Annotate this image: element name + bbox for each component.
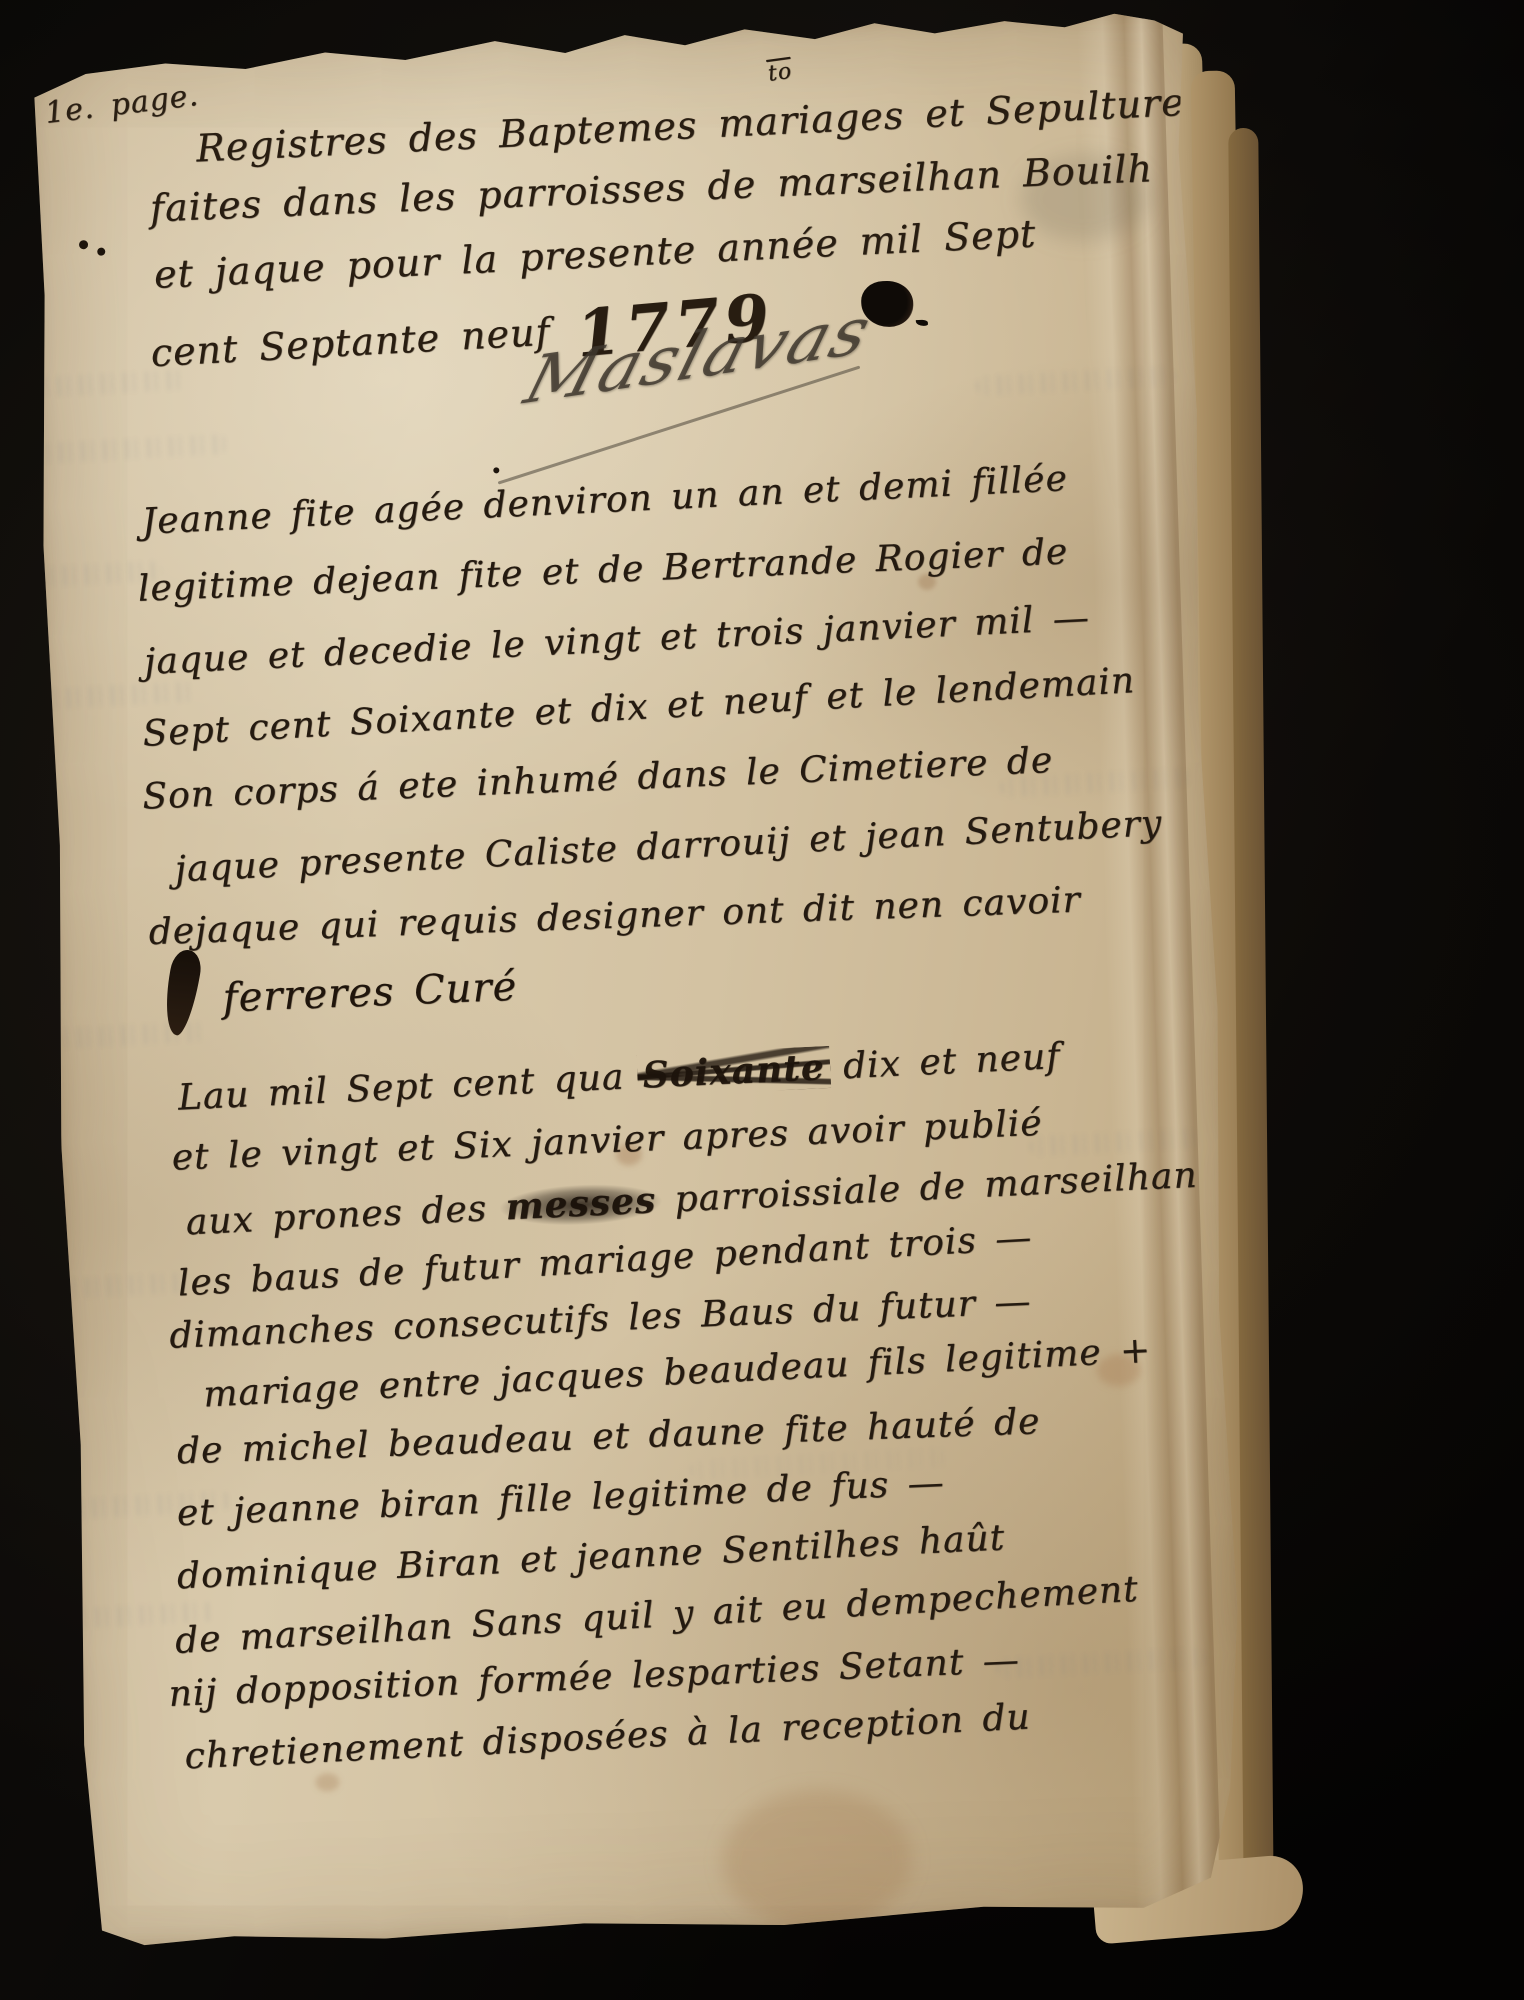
manuscript-line: Son corps á ete inhumé dans le Cimetiere… xyxy=(142,740,1054,818)
line-segment: aux prones des xyxy=(185,1188,488,1243)
ink-bleedthrough xyxy=(37,434,228,464)
manuscript-line: legitime dejean fite et de Bertrande Rog… xyxy=(137,531,1069,609)
line-segment: dix et neuf xyxy=(842,1036,1061,1087)
manuscript-line: dejaque qui requis designer ont dit nen … xyxy=(148,880,1081,954)
manuscript-page: 1e. page. to Registres des Baptemes mari… xyxy=(25,9,1249,1950)
ink-bleedthrough xyxy=(45,681,196,709)
header-line-text: cent Septante neuf xyxy=(150,310,552,376)
manuscript-line: et jeanne biran fille legitime de fus — xyxy=(176,1462,945,1534)
ink-dot xyxy=(97,248,105,256)
photograph-background: 1e. page. to Registres des Baptemes mari… xyxy=(0,0,1524,2000)
caret-correction-mark: to xyxy=(766,59,793,87)
ink-dot xyxy=(79,240,88,249)
ink-bleedthrough xyxy=(63,1272,194,1299)
manuscript-line: jaque presente Caliste darrouij et jean … xyxy=(174,803,1163,891)
page-number-annotation: 1e. page. xyxy=(43,78,201,131)
register-book: 1e. page. to Registres des Baptemes mari… xyxy=(25,7,1325,1990)
blotted-word: messes xyxy=(505,1179,658,1228)
ink-dot xyxy=(493,467,499,473)
manuscript-line: Jeanne fite agée denviron un an et demi … xyxy=(141,458,1069,543)
manuscript-line: Lau mil Sept cent qua Soixante dix et ne… xyxy=(177,1035,1061,1119)
stain xyxy=(315,1773,340,1792)
stain xyxy=(720,1787,914,1933)
struck-word: Soixante xyxy=(642,1046,826,1097)
line-segment: Lau mil Sept cent qua xyxy=(177,1057,625,1119)
cure-signature: ferreres Curé xyxy=(222,964,518,1022)
